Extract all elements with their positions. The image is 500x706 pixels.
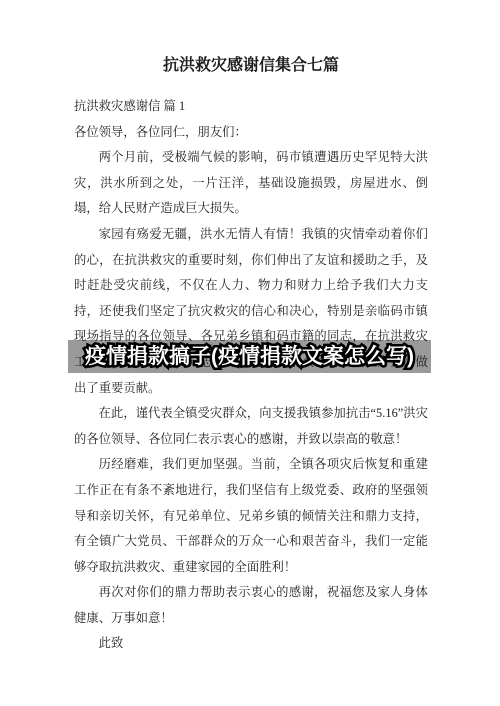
document-title: 抗洪救灾感谢信集合七篇 xyxy=(74,54,428,78)
paragraph: 再次对你们的鼎力帮助表示衷心的感谢，祝福您及家人身体健康、万事如意！ xyxy=(74,580,428,631)
salutation: 各位领导，各位同仁，朋友们： xyxy=(74,120,428,146)
watermark-text-fill: 疫情捐款搞子(疫情捐款文案怎么写) xyxy=(85,345,414,368)
paragraph: 两个月前，受极端气候的影响，码市镇遭遇历史罕见特大洪灾，洪水所到之处，一片汪洋，… xyxy=(74,145,428,222)
section-heading: 抗洪救灾感谢信 篇 1 xyxy=(74,94,428,120)
paragraph: 家园有殇爱无疆，洪水无情人有情！我镇的灾情牵动着你们的心，在抗洪救灾的重要时刻，… xyxy=(74,222,428,401)
document-body: 抗洪救灾感谢信 篇 1 各位领导，各位同仁，朋友们： 两个月前，受极端气候的影响… xyxy=(74,94,428,657)
paragraph: 在此，谨代表全镇受灾群众，向支援我镇参加抗击“5.16”洪灾的各位领导、各位同仁… xyxy=(74,401,428,452)
closing-line: 此致 xyxy=(74,631,428,657)
paragraph: 历经磨难，我们更加坚强。当前，全镇各项灾后恢复和重建工作正在有条不紊地进行，我们… xyxy=(74,452,428,580)
watermark-banner: 疫情捐款搞子(疫情捐款文案怎么写) 疫情捐款搞子(疫情捐款文案怎么写) xyxy=(68,340,431,373)
watermark-text: 疫情捐款搞子(疫情捐款文案怎么写) 疫情捐款搞子(疫情捐款文案怎么写) xyxy=(85,340,414,373)
document-page: 抗洪救灾感谢信集合七篇 抗洪救灾感谢信 篇 1 各位领导，各位同仁，朋友们： 两… xyxy=(0,0,500,706)
document-content: 抗洪救灾感谢信集合七篇 抗洪救灾感谢信 篇 1 各位领导，各位同仁，朋友们： 两… xyxy=(0,0,500,657)
